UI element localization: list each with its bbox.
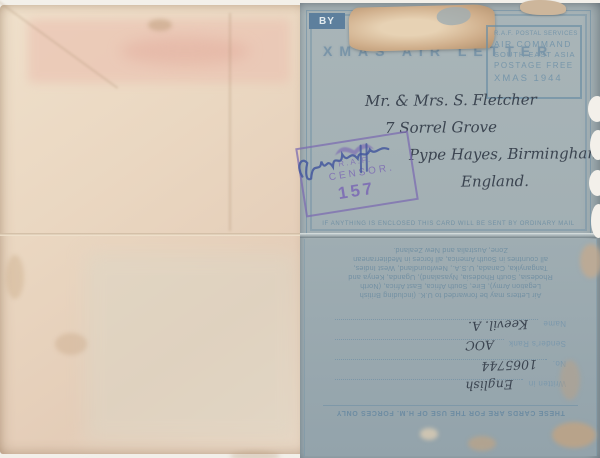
- routing-note-line: Legation Army), Eire, South Africa, East…: [333, 282, 568, 291]
- address-line: 7 Sorrel Grove: [385, 113, 600, 142]
- address-line: Pype Hayes, Birmingham: [409, 140, 600, 169]
- torn-edge-notch: [589, 170, 600, 196]
- routing-note-line: all countries in South America, all forc…: [333, 255, 568, 264]
- postage-line: SOUTH EAST ASIA: [494, 50, 577, 59]
- routing-note-line: Tanganyika, Canada, U.S.A., Newfoundland…: [333, 264, 568, 273]
- dotted-rule: 1065744: [335, 359, 547, 378]
- written-in-value: English: [465, 377, 513, 394]
- torn-paper-patch: [348, 4, 495, 52]
- torn-edge-notch: [590, 130, 600, 160]
- torn-edge-notch: [588, 96, 600, 122]
- sender-name-label: Name: [538, 319, 566, 328]
- paper-stain: [148, 19, 172, 31]
- horizontal-fold-crease: [0, 233, 301, 236]
- postage-line: R.A.F. POSTAL SERVICES: [494, 31, 577, 37]
- sender-rank-label: Sender's Rank: [504, 339, 566, 348]
- paper-stain: [420, 428, 438, 440]
- by-air-mail-label: BY: [309, 13, 345, 29]
- address-line: England.: [461, 167, 600, 195]
- enclosure-note: IF ANYTHING IS ENCLOSED THIS CARD WILL B…: [307, 221, 590, 227]
- showthrough-panel: [85, 253, 297, 441]
- letter-back-panel: [0, 5, 301, 454]
- paper-stain: [230, 451, 280, 458]
- address-panel: BY XMAS AIR LETTER R.A.F. POSTAL SERVICE…: [306, 10, 591, 235]
- sender-rank-value: AOC: [464, 338, 493, 354]
- paper-stain: [552, 422, 596, 448]
- paper-stain: [560, 360, 580, 400]
- postage-line: POSTAGE FREE: [494, 61, 577, 70]
- letter-front-panel: BY XMAS AIR LETTER R.A.F. POSTAL SERVICE…: [300, 3, 600, 458]
- paper-stain: [580, 244, 600, 278]
- sender-rank-field: Sender's Rank AOC: [335, 339, 566, 357]
- paper-stain: [468, 436, 496, 451]
- routing-note-line: Rhodesia, South Rhodesia, Nyasaland), Ug…: [333, 273, 568, 282]
- sender-form-fields: Written in English No. 1065744 Sender's …: [335, 317, 566, 397]
- by-label-text: BY: [319, 16, 335, 27]
- postage-line: AIR COMMAND: [494, 39, 577, 49]
- sender-name-value: Keevil. A.: [468, 317, 528, 334]
- torn-edge-notch: [591, 204, 600, 238]
- written-in-field: Written in English: [335, 379, 566, 397]
- routing-note-line: Zone, Australia and New Zealand.: [333, 246, 568, 255]
- torn-paper-nub: [520, 0, 566, 15]
- paper-stain: [6, 255, 24, 299]
- patch-hole: [436, 7, 470, 26]
- vertical-crease: [229, 13, 231, 231]
- fold-crease-right: [300, 233, 600, 238]
- dotted-rule: English: [335, 379, 523, 398]
- dotted-rule: AOC: [335, 339, 504, 358]
- routing-note-line: Air Letters may be forwarded to U.K. (in…: [333, 291, 568, 300]
- paper-stain: [55, 333, 87, 355]
- scanned-xmas-air-letter: BY XMAS AIR LETTER R.A.F. POSTAL SERVICE…: [0, 0, 600, 458]
- address-line: Mr. & Mrs. S. Fletcher: [365, 86, 600, 115]
- postage-line: XMAS 1944: [494, 73, 577, 84]
- forces-only-line: THESE CARDS ARE FOR THE USE OF H.M. FORC…: [323, 405, 578, 416]
- routing-note: Air Letters may be forwarded to U.K. (in…: [333, 246, 568, 300]
- sender-name-field: Name Keevil. A.: [335, 319, 566, 337]
- sender-form-panel: THESE CARDS ARE FOR THE USE OF H.M. FORC…: [304, 239, 597, 456]
- dotted-rule: Keevil. A.: [335, 319, 538, 338]
- sender-form-rotated-content: THESE CARDS ARE FOR THE USE OF H.M. FORC…: [305, 239, 596, 456]
- service-number-value: 1065744: [481, 357, 537, 374]
- service-number-field: No. 1065744: [335, 359, 566, 377]
